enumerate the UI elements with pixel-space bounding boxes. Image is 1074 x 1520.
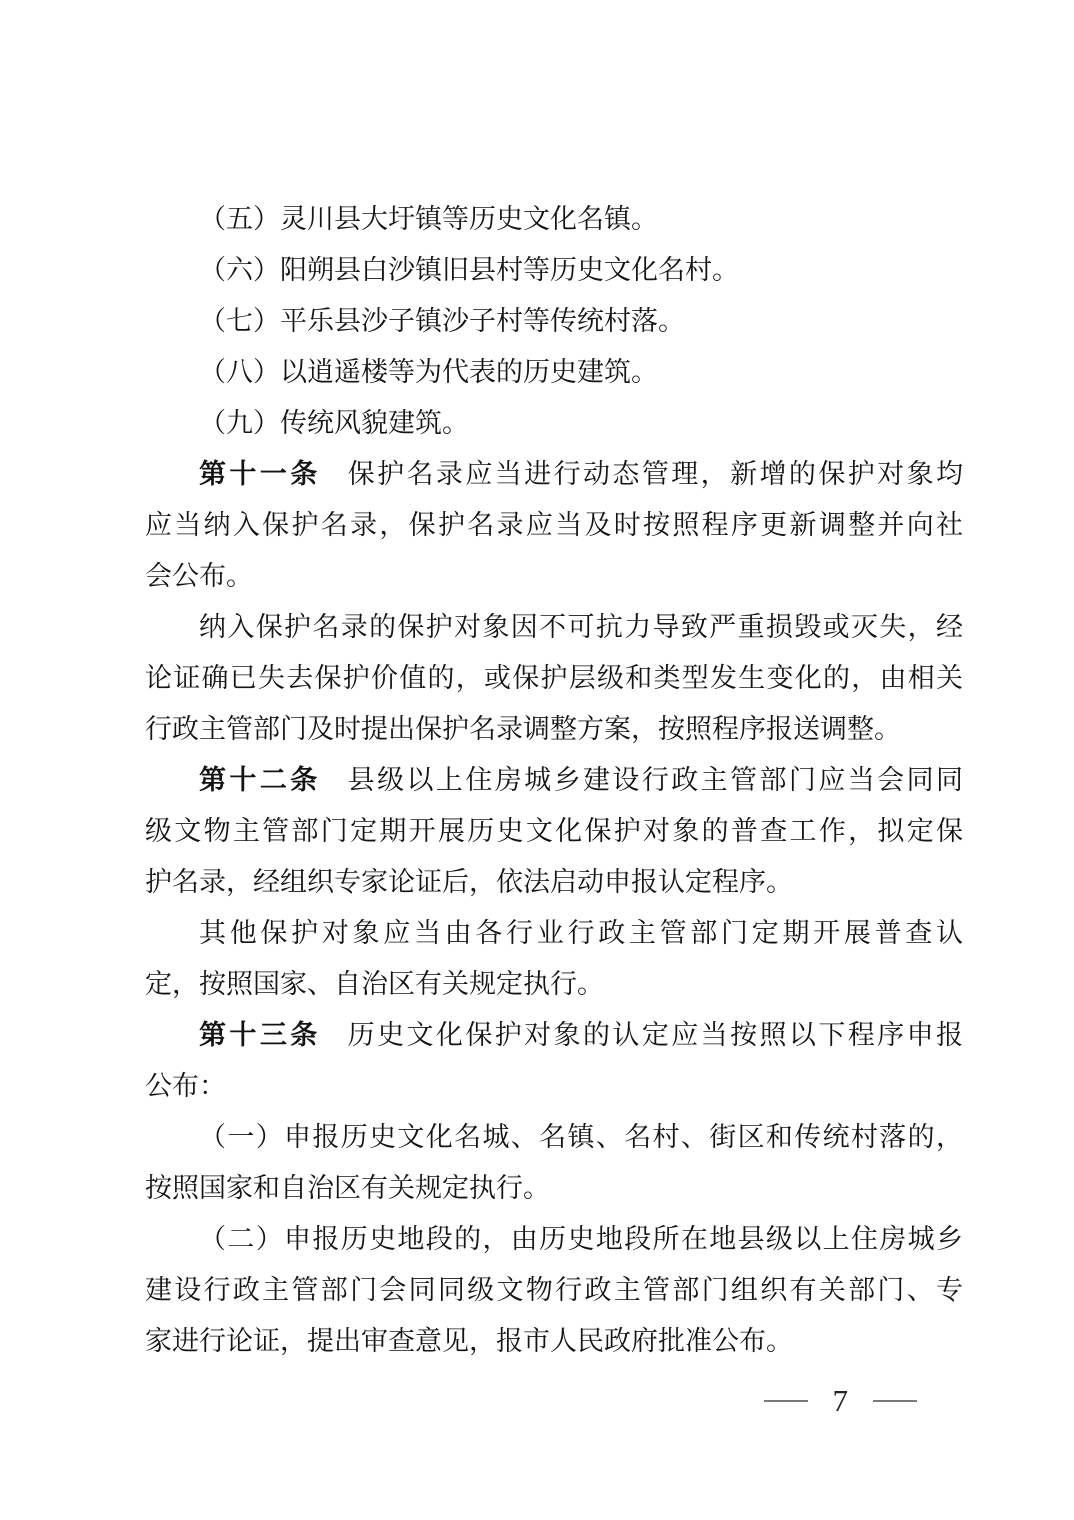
document-line: 级文物主管部门定期开展历史文化保护对象的普查工作，拟定保 <box>145 806 963 857</box>
document-line: 行政主管部门及时提出保护名录调整方案，按照程序报送调整。 <box>145 704 963 755</box>
document-line: （七）平乐县沙子镇沙子村等传统村落。 <box>145 296 963 347</box>
document-line: 纳入保护名录的保护对象因不可抗力导致严重损毁或灭失，经 <box>145 602 963 653</box>
document-line: （五）灵川县大圩镇等历史文化名镇。 <box>145 194 963 245</box>
document-line: 建设行政主管部门会同同级文物行政主管部门组织有关部门、专 <box>145 1265 963 1316</box>
document-line: 其他保护对象应当由各行业行政主管部门定期开展普查认 <box>145 908 963 959</box>
document-page: （五）灵川县大圩镇等历史文化名镇。（六）阳朔县白沙镇旧县村等历史文化名村。（七）… <box>0 0 1074 1520</box>
document-line: 第十二条县级以上住房城乡建设行政主管部门应当会同同 <box>145 755 963 806</box>
document-line: （六）阳朔县白沙镇旧县村等历史文化名村。 <box>145 245 963 296</box>
document-line: （二）申报历史地段的，由历史地段所在地县级以上住房城乡 <box>145 1214 963 1265</box>
document-line: 家进行论证，提出审查意见，报市人民政府批准公布。 <box>145 1316 963 1367</box>
footer-dash-left <box>764 1400 808 1402</box>
document-line: 应当纳入保护名录，保护名录应当及时按照程序更新调整并向社 <box>145 500 963 551</box>
page-footer: 7 <box>764 1383 918 1419</box>
document-line: 会公布。 <box>145 551 963 602</box>
footer-dash-right <box>873 1400 917 1402</box>
document-line: 按照国家和自治区有关规定执行。 <box>145 1163 963 1214</box>
document-line: （八）以逍遥楼等为代表的历史建筑。 <box>145 347 963 398</box>
document-line: 第十一条保护名录应当进行动态管理，新增的保护对象均 <box>145 449 963 500</box>
document-line: （一）申报历史文化名城、名镇、名村、街区和传统村落的， <box>145 1112 963 1163</box>
text-block: （五）灵川县大圩镇等历史文化名镇。（六）阳朔县白沙镇旧县村等历史文化名村。（七）… <box>145 194 963 1367</box>
document-line: 第十三条历史文化保护对象的认定应当按照以下程序申报 <box>145 1010 963 1061</box>
article-number-heading: 第十二条 <box>199 765 321 795</box>
article-number-heading: 第十一条 <box>199 459 321 489</box>
document-line: 论证确已失去保护价值的，或保护层级和类型发生变化的，由相关 <box>145 653 963 704</box>
document-line: 护名录，经组织专家论证后，依法启动申报认定程序。 <box>145 857 963 908</box>
document-line: 定，按照国家、自治区有关规定执行。 <box>145 959 963 1010</box>
article-number-heading: 第十三条 <box>199 1020 321 1050</box>
document-line: 公布： <box>145 1061 963 1112</box>
document-line: （九）传统风貌建筑。 <box>145 398 963 449</box>
page-number: 7 <box>833 1383 849 1419</box>
